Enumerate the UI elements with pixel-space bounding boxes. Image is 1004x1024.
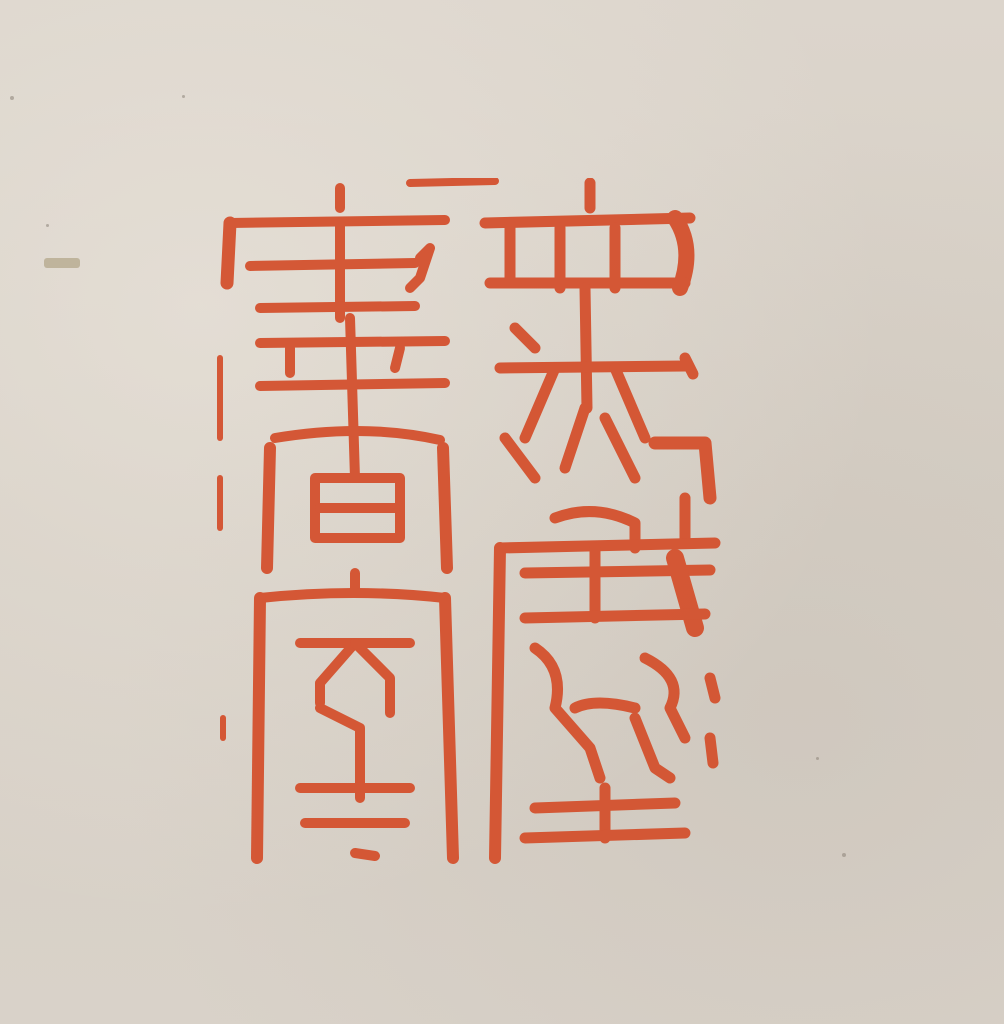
- paper-stain: [44, 258, 80, 268]
- char-yan: [485, 183, 710, 538]
- char-shou: [227, 188, 447, 568]
- paper-speck: [182, 95, 185, 98]
- paper-speck: [842, 853, 846, 857]
- paper-speck: [10, 96, 14, 100]
- paper-speck: [46, 224, 49, 227]
- seal-impression: [215, 178, 725, 868]
- char-tang: [257, 573, 453, 858]
- paper-speck: [816, 757, 819, 760]
- seal-glyphs: [215, 178, 725, 868]
- seal-border-left: [220, 358, 223, 738]
- char-qing: [495, 512, 715, 858]
